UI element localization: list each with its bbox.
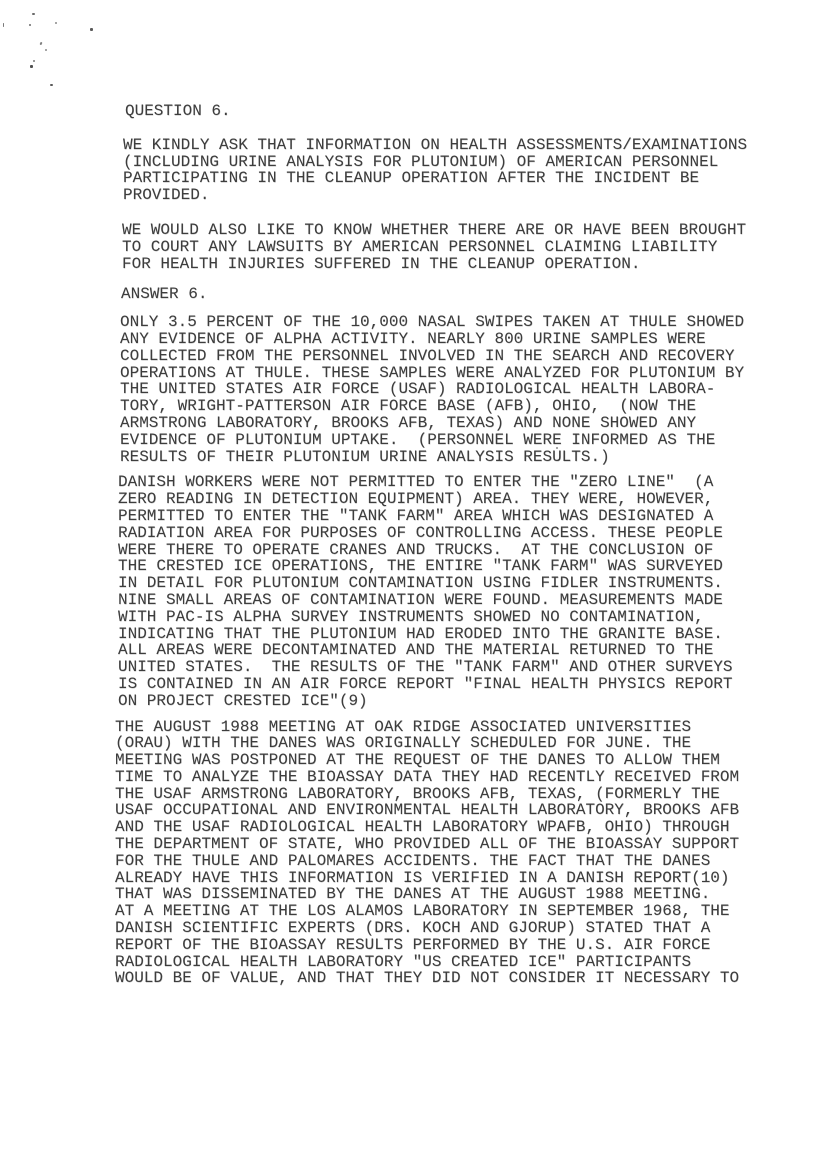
scan-speckle bbox=[29, 24, 31, 26]
scan-speckle bbox=[556, 447, 558, 449]
question-heading: QUESTION 6. bbox=[125, 103, 827, 120]
scan-speckle bbox=[32, 13, 35, 15]
answer-heading: ANSWER 6. bbox=[121, 286, 827, 303]
scan-speckle bbox=[33, 60, 35, 62]
answer-paragraph-1: ONLY 3.5 PERCENT OF THE 10,000 NASAL SWI… bbox=[120, 314, 827, 465]
document-page: QUESTION 6. WE KINDLY ASK THAT INFORMATI… bbox=[0, 0, 827, 1170]
scan-speckle bbox=[50, 84, 53, 86]
scan-speckle bbox=[39, 42, 42, 46]
answer-paragraph-2: DANISH WORKERS WERE NOT PERMITTED TO ENT… bbox=[118, 474, 827, 709]
scan-speckle bbox=[55, 22, 57, 24]
answer-paragraph-3: THE AUGUST 1988 MEETING AT OAK RIDGE ASS… bbox=[115, 719, 827, 988]
question-paragraph-1: WE KINDLY ASK THAT INFORMATION ON HEALTH… bbox=[123, 137, 827, 204]
question-paragraph-2: WE WOULD ALSO LIKE TO KNOW WHETHER THERE… bbox=[122, 222, 827, 272]
scan-speckle bbox=[3, 23, 4, 27]
scan-speckle bbox=[90, 28, 93, 31]
scan-speckle bbox=[30, 65, 33, 68]
scan-speckle bbox=[45, 49, 47, 51]
